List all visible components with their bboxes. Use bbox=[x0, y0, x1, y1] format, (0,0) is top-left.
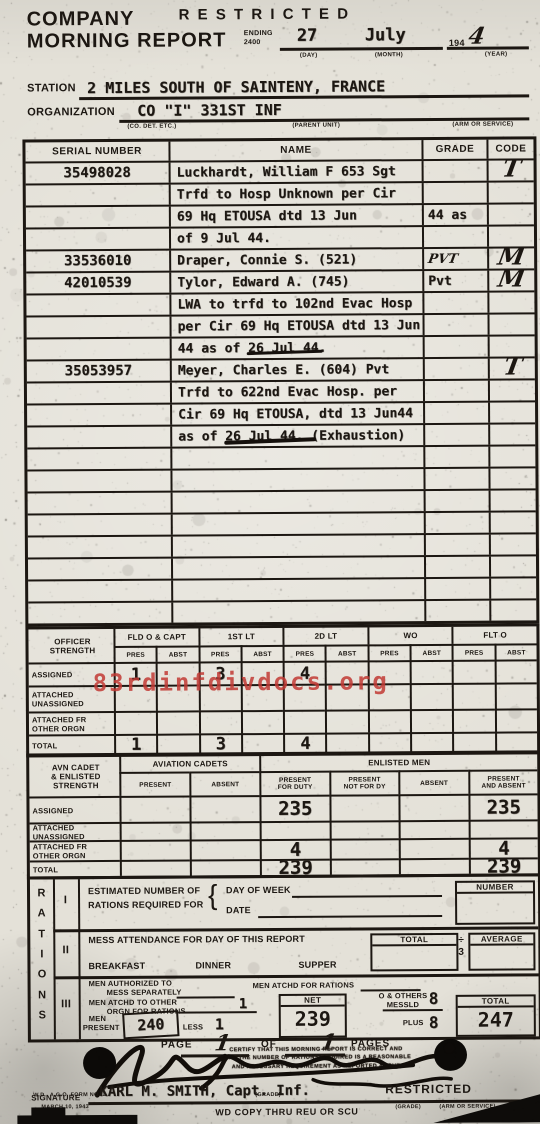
day-month-underline bbox=[280, 47, 443, 51]
roster-cell-name: of 9 Jul 44. bbox=[171, 227, 424, 249]
officer-col-header: PRES bbox=[452, 644, 494, 660]
section-i-label: I bbox=[53, 895, 78, 907]
atchd-for-rations-label: MEN ATCHD FOR RATIONS bbox=[253, 981, 355, 990]
roster-cell-name: Trfd to Hosp Unknown per Cir bbox=[171, 183, 424, 205]
officer-value bbox=[114, 711, 156, 734]
roster-cell-grade bbox=[425, 337, 490, 357]
roster-header-grade: GRADE bbox=[423, 140, 488, 159]
roster-table: SERIAL NUMBER NAME GRADE CODE 35498028Lu… bbox=[22, 136, 539, 626]
roster-cell-name bbox=[173, 513, 426, 535]
enlisted-value bbox=[260, 821, 330, 839]
roster-row: 69 Hq ETOUSA dtd 13 Jun44 as bbox=[26, 204, 534, 229]
officer-value bbox=[241, 733, 283, 753]
roster-cell-grade bbox=[424, 183, 489, 203]
others-line bbox=[383, 1009, 443, 1011]
enlisted-row-label: ATTACHED FR OTHER ORGN bbox=[30, 840, 120, 861]
rations-letter: R bbox=[30, 883, 53, 903]
mess-separately-label-2: MESS SEPARATELY bbox=[107, 989, 182, 998]
officer-value bbox=[410, 709, 452, 732]
grade-value: 44 as bbox=[428, 207, 467, 222]
enlisted-value bbox=[398, 794, 468, 820]
roster-row bbox=[28, 600, 536, 623]
officer-col-header: PRES bbox=[283, 645, 325, 661]
officer-col-header: ABST bbox=[240, 645, 282, 661]
officer-value bbox=[283, 710, 325, 733]
roster-cell-code: M bbox=[489, 270, 534, 290]
ending-time: 2400 bbox=[244, 39, 261, 46]
breakfast-label: BREAKFAST bbox=[88, 962, 145, 972]
section-ii-label: II bbox=[53, 945, 78, 957]
rations-side-column: RATIONS bbox=[30, 879, 56, 1039]
enlisted-value bbox=[189, 795, 259, 821]
roster-cell-code bbox=[490, 402, 535, 422]
officer-row-label: TOTAL bbox=[29, 734, 114, 755]
officer-value bbox=[156, 710, 198, 733]
enlisted-value bbox=[120, 839, 190, 859]
roster-header-serial: SERIAL NUMBER bbox=[25, 142, 170, 162]
officer-value: 1 bbox=[114, 734, 156, 754]
roster-cell-grade bbox=[425, 403, 490, 423]
enlisted-value bbox=[468, 819, 538, 837]
roster-cell-serial bbox=[27, 471, 172, 492]
year-label: (YEAR) bbox=[485, 52, 508, 58]
rations-letter: S bbox=[31, 1005, 54, 1025]
enlisted-group-header: ENLISTED MEN bbox=[259, 753, 537, 771]
officer-group-header: WO bbox=[367, 627, 452, 645]
officer-col-header: ABST bbox=[325, 644, 367, 660]
roster-cell-serial bbox=[27, 449, 172, 470]
enlisted-strength-table: AVN CADET & ENLISTED STRENGTHAVIATION CA… bbox=[26, 750, 540, 879]
roster-cell-code bbox=[489, 314, 534, 334]
officer-value bbox=[198, 710, 240, 733]
roster-cell-grade bbox=[425, 381, 490, 401]
officer-value bbox=[325, 709, 367, 732]
enlisted-value: 239 bbox=[260, 859, 330, 875]
station-value: 2 MILES SOUTH OF SAINTENY, FRANCE bbox=[87, 77, 385, 97]
roster-cell-grade bbox=[425, 447, 490, 467]
grade-label: (GRADE) bbox=[395, 1105, 421, 1111]
dinner-label: DINNER bbox=[195, 961, 231, 971]
roster-cell-code bbox=[490, 380, 535, 400]
rations-letter: N bbox=[31, 985, 54, 1005]
rations-estimated-label-2: RATIONS REQUIRED FOR bbox=[88, 900, 203, 911]
enlisted-col-header: ABSENT bbox=[398, 770, 468, 794]
enlisted-col-header: ABSENT bbox=[189, 771, 259, 795]
roster-cell-serial: 33536010 bbox=[26, 251, 171, 272]
roster-cell-code bbox=[490, 446, 535, 466]
roster-cell-grade bbox=[425, 425, 490, 445]
date-line bbox=[258, 915, 442, 918]
roster-row bbox=[28, 490, 536, 515]
roster-cell-name: 44 as of 26 Jul 44. bbox=[172, 337, 425, 359]
roster-cell-name: as of 26 Jul 44. (Exhaustion) bbox=[172, 425, 425, 447]
rations-vertical-label: RATIONS bbox=[30, 883, 54, 1026]
atchd-other-line bbox=[179, 1011, 257, 1013]
rations-total-value: 247 bbox=[458, 1007, 534, 1031]
number-box: NUMBER bbox=[455, 880, 535, 924]
roster-row: 33536010Draper, Connie S. (521)PVTM bbox=[26, 248, 534, 273]
others-value: 8 bbox=[429, 989, 439, 1008]
enlisted-value bbox=[119, 795, 189, 821]
roster-cell-serial bbox=[26, 207, 171, 228]
officer-value bbox=[495, 731, 537, 751]
page-title-line2: MORNING REPORT bbox=[27, 30, 227, 52]
roster-cell-name bbox=[172, 469, 425, 491]
form-number-line1: W.D., A.G.O. FORM NO. 1 bbox=[33, 1093, 105, 1099]
roster-cell-name bbox=[173, 491, 426, 513]
roster-row: Trfd to Hosp Unknown per Cir bbox=[26, 182, 534, 207]
date-label: DATE bbox=[226, 906, 251, 916]
rations-total-label: TOTAL bbox=[458, 996, 534, 1007]
roster-row bbox=[28, 578, 536, 603]
roster-cell-code bbox=[489, 204, 534, 224]
enlisted-value bbox=[190, 859, 260, 875]
roster-cell-grade: PVT bbox=[424, 249, 489, 269]
roster-cell-name: Tylor, Edward A. (745) bbox=[171, 271, 424, 293]
enlisted-group-header: AVIATION CADETS bbox=[119, 755, 259, 772]
section-iii-label: III bbox=[54, 999, 79, 1011]
roster-cell-code bbox=[490, 468, 535, 488]
enlisted-row-label: ASSIGNED bbox=[29, 796, 119, 823]
roster-cell-name: 69 Hq ETOUSA dtd 13 Jun bbox=[171, 205, 424, 227]
org-sub-label-1: (CO. DET. ETC.) bbox=[127, 124, 176, 131]
roster-cell-serial: 35498028 bbox=[26, 163, 171, 184]
roster-header-name: NAME bbox=[170, 140, 423, 161]
roster-row: of 9 Jul 44. bbox=[26, 226, 534, 251]
officer-value bbox=[368, 709, 410, 732]
roster-cell-serial: 42010539 bbox=[26, 273, 171, 294]
day-label: (DAY) bbox=[300, 53, 318, 59]
roster-cell-code bbox=[491, 600, 536, 620]
section-divider-1 bbox=[53, 926, 538, 932]
officer-value bbox=[156, 733, 198, 753]
enlisted-value bbox=[329, 794, 399, 820]
roster-cell-name bbox=[173, 557, 426, 579]
roster-cell-code bbox=[491, 534, 536, 554]
roster-cell-code: T bbox=[490, 358, 535, 378]
month-label: (MONTH) bbox=[375, 52, 403, 58]
supper-label: SUPPER bbox=[298, 961, 336, 971]
roster-cell-name: Cir 69 Hq ETOUSA, dtd 13 Jun44 bbox=[172, 403, 425, 425]
enlisted-row-label: ATTACHED UNASSIGNED bbox=[30, 822, 120, 841]
rations-letter: A bbox=[30, 904, 53, 924]
roster-cell-serial bbox=[26, 229, 171, 250]
roster-cell-serial bbox=[27, 405, 172, 426]
roster-cell-name bbox=[172, 447, 425, 469]
classification-banner: R E S T R I C T E D bbox=[179, 7, 350, 24]
officer-value bbox=[452, 683, 494, 709]
roster-cell-grade bbox=[426, 579, 491, 599]
divide-three: 3 bbox=[458, 947, 464, 958]
enlisted-value: 235 bbox=[468, 793, 538, 819]
enlisted-value bbox=[190, 821, 260, 839]
enlisted-value bbox=[329, 820, 399, 838]
officer-col-header: PRES bbox=[114, 646, 156, 662]
roster-cell-code bbox=[491, 578, 536, 598]
average-box: AVERAGE bbox=[468, 932, 535, 970]
roster-row bbox=[28, 534, 536, 559]
roster-cell-grade bbox=[424, 227, 489, 247]
scan-artifact-stamp bbox=[31, 1107, 65, 1119]
roster-cell-serial bbox=[28, 493, 173, 514]
roster-row: 44 as of 26 Jul 44. bbox=[27, 336, 535, 361]
rations-roman-column: I II III bbox=[53, 879, 81, 1039]
roster-cell-serial bbox=[28, 537, 173, 558]
roster-cell-grade bbox=[424, 293, 489, 313]
roster-cell-name bbox=[173, 579, 426, 601]
roster-cell-grade: Pvt bbox=[424, 271, 489, 291]
roster-cell-grade bbox=[426, 557, 491, 577]
officer-value bbox=[410, 660, 452, 683]
roster-row bbox=[28, 556, 536, 581]
enlisted-value: 4 bbox=[260, 839, 330, 859]
officer-group-header: 1ST LT bbox=[198, 628, 283, 646]
roster-cell-grade bbox=[426, 513, 491, 533]
roster-cell-serial bbox=[27, 317, 172, 338]
officer-value bbox=[410, 732, 452, 752]
roster-cell-code bbox=[491, 556, 536, 576]
roster-row: LWA to trfd to 102nd Evac Hosp bbox=[26, 292, 534, 317]
enlisted-value bbox=[329, 858, 399, 874]
roster-row: 35053957Meyer, Charles E. (604) PvtT bbox=[27, 358, 535, 383]
officer-title: OFFICER STRENGTH bbox=[28, 629, 113, 663]
roster-cell-serial bbox=[28, 603, 173, 624]
enlisted-title: AVN CADET & ENLISTED STRENGTH bbox=[29, 756, 119, 797]
org-sub-label-3: (ARM OR SERVICE) bbox=[452, 122, 513, 129]
station-label: STATION bbox=[27, 83, 76, 95]
officer-col-header: ABST bbox=[410, 644, 452, 660]
roster-cell-name bbox=[173, 535, 426, 557]
roster-cell-name: Trfd to 622nd Evac Hosp. per bbox=[172, 381, 425, 403]
number-box-label: NUMBER bbox=[457, 882, 533, 893]
roster-cell-name bbox=[173, 601, 426, 623]
enlisted-value bbox=[190, 839, 260, 859]
enlisted-value bbox=[120, 821, 190, 839]
officer-value bbox=[241, 710, 283, 733]
roster-cell-code bbox=[491, 512, 536, 532]
roster-cell-name: Luckhardt, William F 653 Sgt bbox=[171, 161, 424, 183]
hole-punch-right bbox=[434, 1039, 467, 1071]
officer-value: 4 bbox=[283, 733, 325, 753]
roster-body: 35498028Luckhardt, William F 653 SgtTTrf… bbox=[26, 160, 537, 623]
enlisted-value: 4 bbox=[468, 837, 538, 857]
roster-cell-serial bbox=[27, 427, 172, 448]
roster-cell-code bbox=[489, 182, 534, 202]
roster-cell-grade bbox=[425, 469, 490, 489]
roster-row bbox=[27, 446, 535, 471]
day-of-week-line bbox=[292, 895, 442, 898]
roster-row bbox=[28, 512, 536, 537]
roster-cell-grade bbox=[426, 491, 491, 511]
enlisted-col-header: PRESENT FOR DUTY bbox=[259, 771, 329, 795]
roster-cell-serial bbox=[26, 185, 171, 206]
day-of-week-label: DAY OF WEEK bbox=[226, 886, 291, 896]
mess-attendance-label: MESS ATTENDANCE FOR DAY OF THIS REPORT bbox=[88, 935, 305, 946]
roster-row: as of 26 Jul 44. (Exhaustion) bbox=[27, 424, 535, 449]
year-underline bbox=[447, 46, 529, 50]
rations-total-box: TOTAL 247 bbox=[456, 994, 536, 1036]
brace: { bbox=[208, 880, 218, 911]
enlisted-value bbox=[329, 838, 399, 858]
mess-total-label: TOTAL bbox=[372, 935, 456, 947]
roster-cell-name: LWA to trfd to 102nd Evac Hosp bbox=[171, 293, 424, 315]
roster-cell-serial bbox=[28, 515, 173, 536]
officer-value bbox=[494, 682, 536, 708]
hole-punch-left bbox=[83, 1047, 116, 1079]
officer-col-header: ABST bbox=[494, 643, 536, 659]
report-day: 27 bbox=[297, 26, 318, 46]
enlisted-col-header: PRESENT NOT FOR DY bbox=[329, 770, 399, 794]
roster-cell-code: T bbox=[489, 160, 534, 180]
officer-value bbox=[368, 732, 410, 752]
org-sub-label-2: (PARENT UNIT) bbox=[292, 123, 340, 130]
officer-group-header: 2D LT bbox=[283, 627, 368, 645]
roster-row bbox=[27, 468, 535, 493]
officer-value: 3 bbox=[199, 733, 241, 753]
roster-cell-code bbox=[491, 490, 536, 510]
roster-row: 42010539Tylor, Edward A. (745)PvtM bbox=[26, 270, 534, 295]
officer-value bbox=[410, 683, 452, 709]
enlisted-value bbox=[120, 859, 190, 875]
officer-value bbox=[452, 732, 494, 752]
mess-total-box: TOTAL bbox=[370, 933, 458, 972]
enlisted-value: 239 bbox=[468, 857, 538, 873]
roster-row: Cir 69 Hq ETOUSA, dtd 13 Jun44 bbox=[27, 402, 535, 427]
officer-value bbox=[452, 709, 494, 732]
grade-value: PVT bbox=[427, 251, 459, 266]
roster-cell-code bbox=[489, 292, 534, 312]
rations-letter: T bbox=[30, 924, 53, 944]
ending-label: ENDING bbox=[244, 30, 273, 38]
roster-row: 35498028Luckhardt, William F 653 SgtT bbox=[26, 160, 534, 185]
roster-cell-grade bbox=[425, 359, 490, 379]
report-month: July bbox=[365, 25, 406, 45]
enlisted-row-label: TOTAL bbox=[30, 860, 120, 877]
rations-letter: O bbox=[30, 965, 53, 985]
roster-cell-grade bbox=[424, 315, 489, 335]
officer-col-header: PRES bbox=[367, 644, 409, 660]
organization-value: CO "I" 331ST INF bbox=[137, 101, 282, 120]
roster-cell-grade bbox=[426, 601, 491, 621]
officer-col-header: PRES bbox=[198, 645, 240, 661]
rations-letter: I bbox=[30, 944, 53, 964]
roster-row: per Cir 69 Hq ETOUSA dtd 13 Jun bbox=[27, 314, 535, 339]
enlisted-col-header: PRESENT AND ABSENT bbox=[468, 769, 538, 793]
footer-classification: RESTRICTED bbox=[385, 1083, 472, 1096]
enlisted-value bbox=[399, 820, 469, 838]
atchd-other-value: 1 bbox=[239, 996, 248, 1012]
officer-value bbox=[452, 660, 494, 683]
bottom-distribution-note: WD COPY THRU REU OR SCU bbox=[215, 1107, 358, 1117]
roster-cell-name: Meyer, Charles E. (604) Pvt bbox=[172, 359, 425, 381]
divide-symbol: ÷ bbox=[458, 935, 464, 946]
enlisted-value bbox=[399, 858, 469, 874]
scanned-document: COMPANY MORNING REPORT R E S T R I C T E… bbox=[0, 0, 540, 1124]
roster-cell-serial bbox=[27, 383, 172, 404]
officer-value bbox=[326, 732, 368, 752]
average-label: AVERAGE bbox=[470, 934, 533, 945]
officer-group-header: FLD O & CAPT bbox=[113, 628, 198, 646]
enlisted-value bbox=[399, 838, 469, 858]
page-title-line1: COMPANY bbox=[27, 9, 135, 31]
roster-cell-serial bbox=[28, 581, 173, 602]
officer-value bbox=[495, 708, 537, 731]
officer-value bbox=[494, 659, 536, 682]
organization-label: ORGANIZATION bbox=[27, 107, 115, 119]
grade-value: Pvt bbox=[428, 273, 452, 288]
roster-cell-serial bbox=[28, 559, 173, 580]
mess-separately-line bbox=[177, 996, 235, 998]
enlisted-value: 235 bbox=[259, 795, 329, 821]
roster-cell-name: per Cir 69 Hq ETOUSA dtd 13 Jun bbox=[171, 315, 424, 337]
rations-estimated-label-1: ESTIMATED NUMBER OF bbox=[88, 886, 200, 897]
enlisted-col-header: PRESENT bbox=[119, 771, 189, 795]
watermark: 83rdinfdivdocs.org bbox=[93, 667, 389, 697]
roster-cell-grade bbox=[426, 535, 491, 555]
rations-section: RATIONS I II III ESTIMATED NUMBER OF RAT… bbox=[27, 873, 540, 1042]
officer-col-header: ABST bbox=[156, 645, 198, 661]
roster-cell-grade: 44 as bbox=[424, 205, 489, 225]
roster-cell-serial: 35053957 bbox=[27, 361, 172, 382]
roster-cell-grade bbox=[424, 161, 489, 181]
roster-cell-name: Draper, Connie S. (521) bbox=[171, 249, 424, 271]
roster-cell-code bbox=[490, 424, 535, 444]
roster-row: Trfd to 622nd Evac Hosp. per bbox=[27, 380, 535, 405]
net-label: NET bbox=[281, 996, 345, 1007]
officer-group-header: FLT O bbox=[452, 626, 537, 644]
grade-label-mid: (GRADE) bbox=[255, 1093, 281, 1099]
roster-cell-serial bbox=[26, 295, 171, 316]
officer-row-label: ATTACHED FR OTHER ORGN bbox=[29, 711, 114, 735]
roster-cell-serial bbox=[27, 339, 172, 360]
